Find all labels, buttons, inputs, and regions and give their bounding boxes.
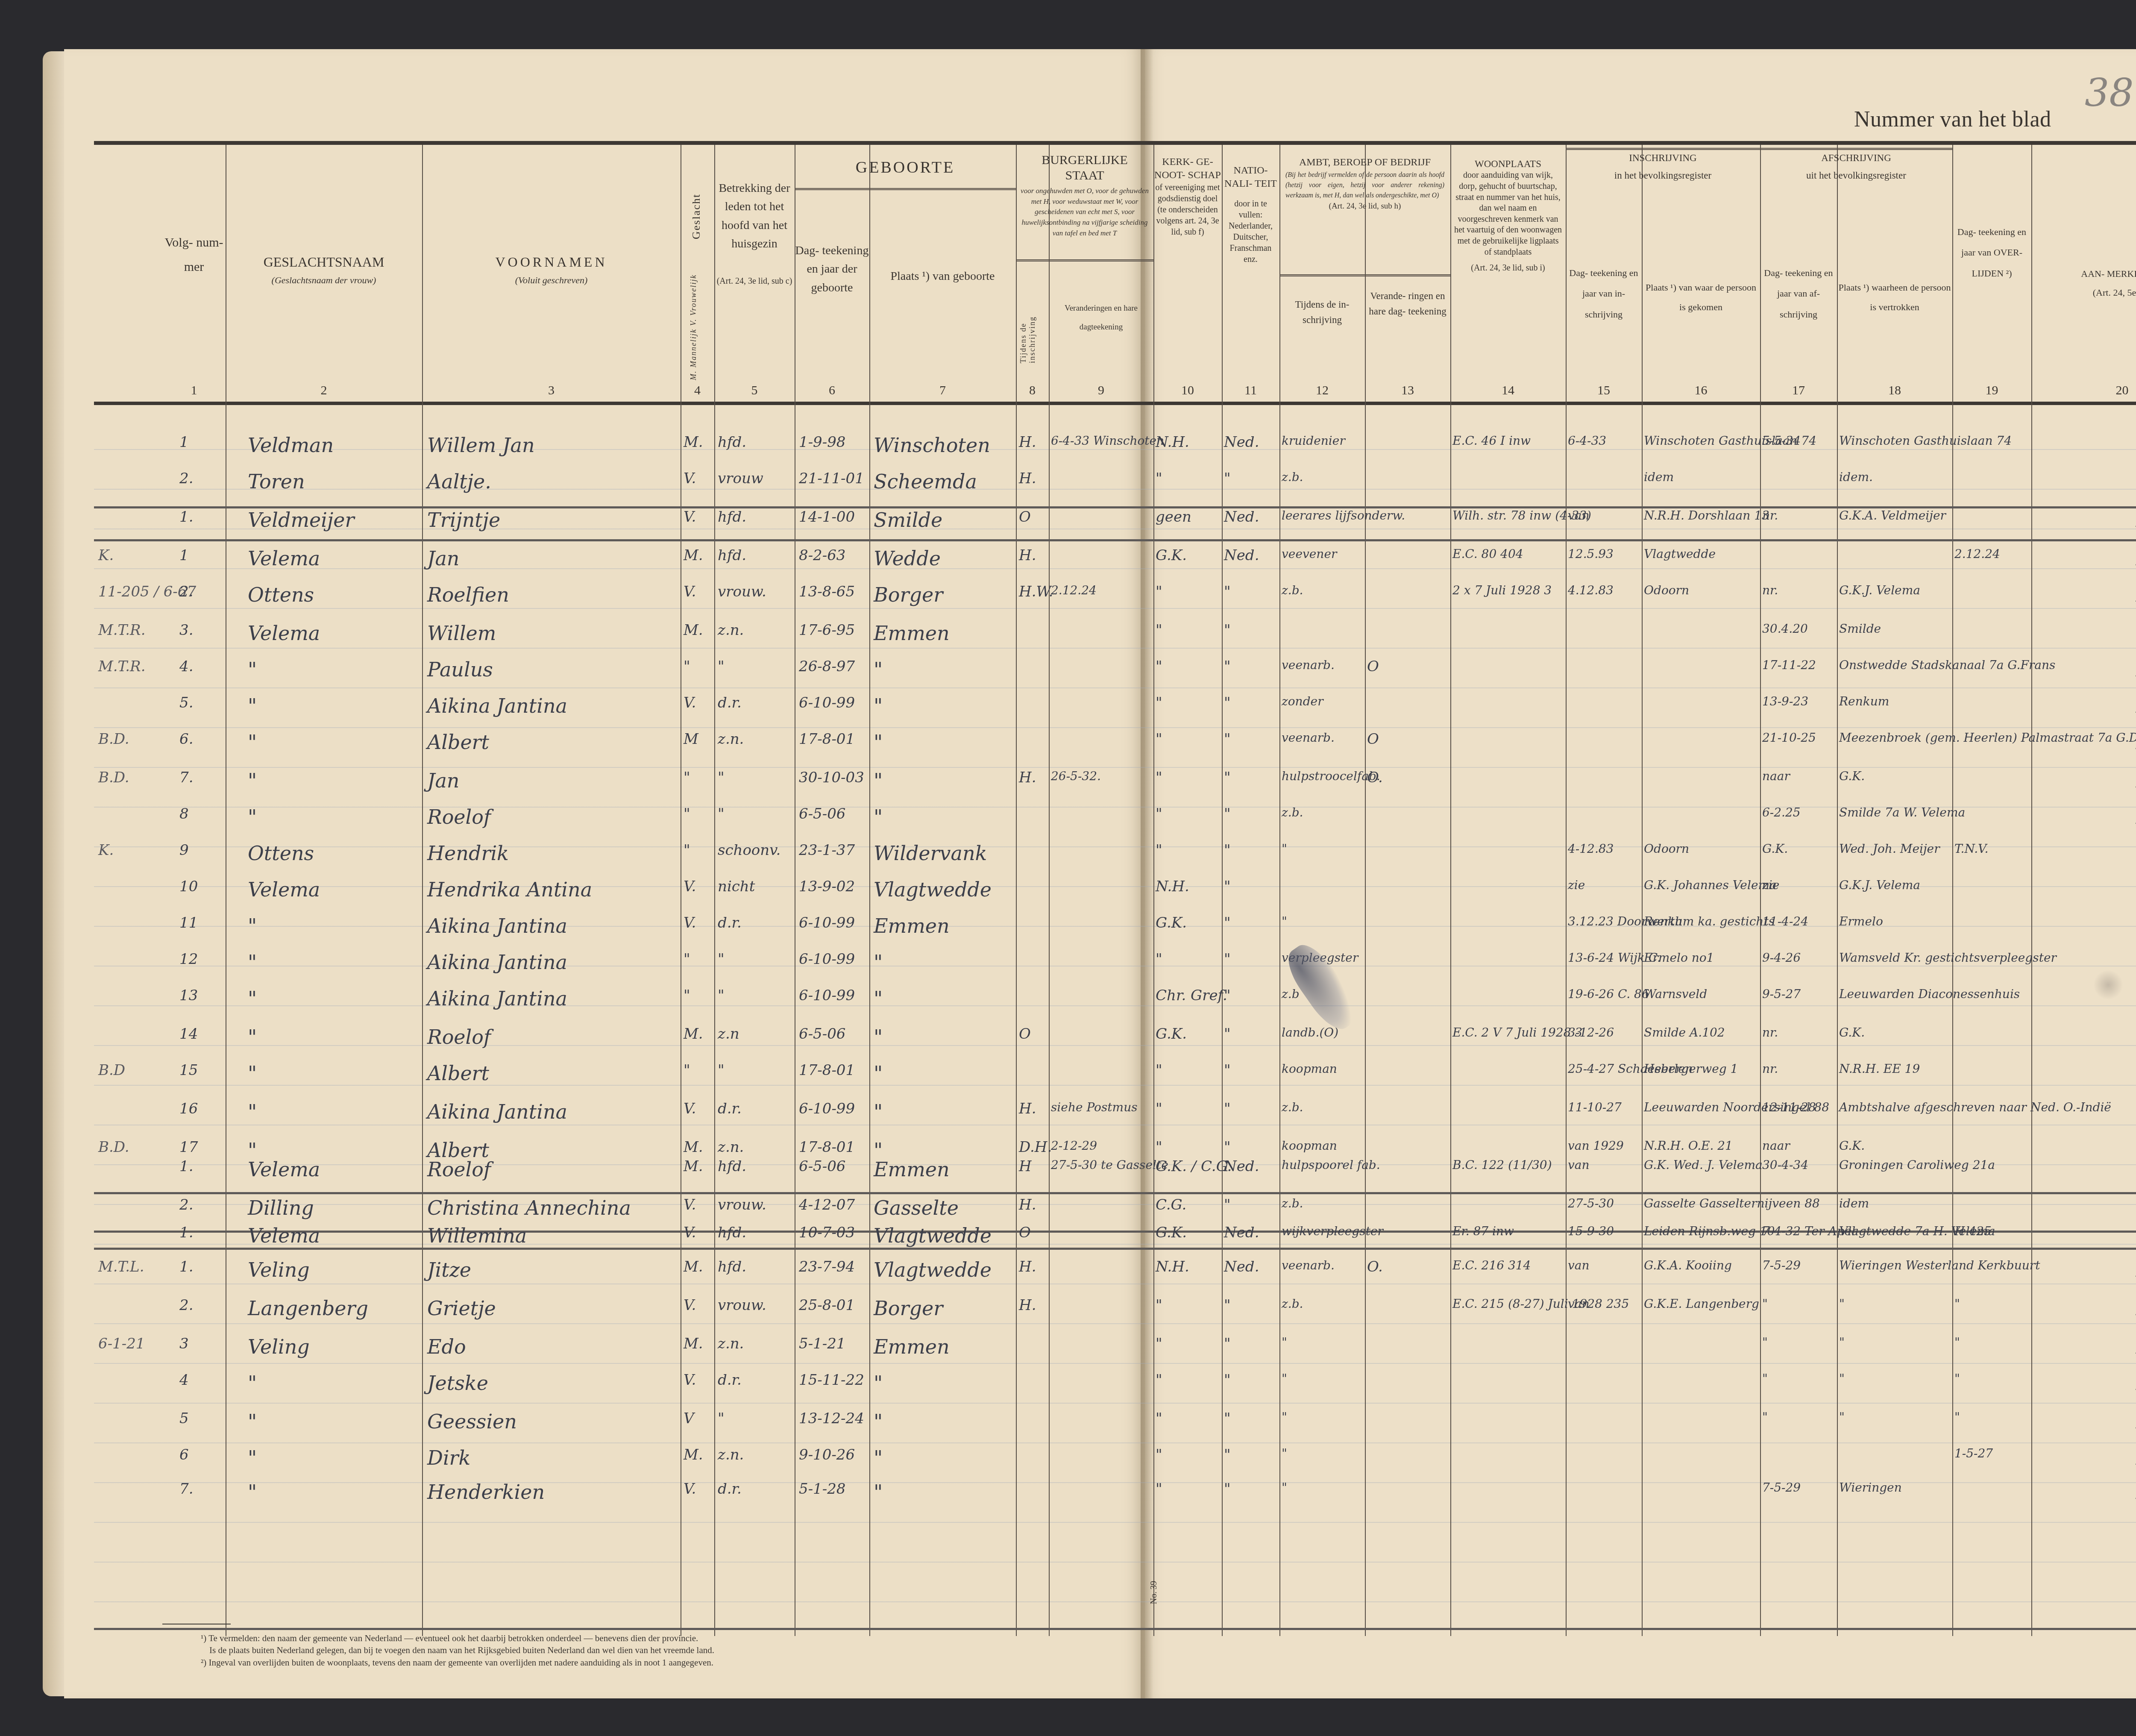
cell-rel: z.n. — [718, 622, 744, 639]
cell-given: Edo — [427, 1335, 466, 1358]
cell-given: Hendrika Antina — [427, 878, 592, 901]
cell-dob: 13-9-02 — [799, 878, 855, 895]
cell-ins-from: Odoorn — [1644, 583, 1689, 597]
cell-given: Jitze — [427, 1258, 471, 1281]
cell-nat: " — [1224, 1196, 1231, 1213]
cell-rel: " — [718, 1062, 725, 1079]
cell-civ: D.H. — [1019, 1139, 1052, 1156]
cell-church: " — [1156, 1297, 1162, 1314]
header-tijdens-inschrijving: Tijdens de inschrijving — [1019, 299, 1037, 363]
sheet-number-label: Nummer van het blad — [1854, 107, 2051, 132]
cell-death: " — [1954, 1335, 1960, 1349]
cell-occ: veenarb. — [1282, 658, 1335, 672]
family-separator — [94, 1192, 2136, 1194]
cell-ins-date: van — [1568, 1158, 1590, 1172]
cell-surname: Velema — [248, 878, 320, 901]
cell-given: Aaltje. — [427, 470, 491, 493]
cell-sex: M. — [684, 1446, 703, 1463]
cell-nat: Ned. — [1224, 1158, 1259, 1175]
cell-surname: " — [248, 914, 257, 937]
cell-pob: Wildervank — [874, 842, 987, 865]
cell-occ: koopman — [1282, 1139, 1337, 1153]
cell-ins-from: G.K. Wed. J. Velema — [1644, 1158, 1763, 1172]
cell-nat: " — [1224, 1446, 1231, 1463]
cell-civ: H. — [1019, 769, 1036, 786]
cell-afs-date: 6-2.25 — [1762, 805, 1801, 820]
cell-surname: " — [248, 769, 257, 792]
cell-surname: Velema — [248, 1158, 320, 1181]
cell-afs-to: Smilde 7a W. Velema — [1839, 805, 1965, 820]
cell-surname: Dilling — [248, 1196, 314, 1219]
cell-occ: hulpstroocelfab. — [1282, 769, 1380, 783]
cell-occ: wijkverpleegster — [1282, 1224, 1383, 1238]
cell-res: E.C. 216 314 — [1452, 1258, 1531, 1272]
cell-margin: M.T.R. — [98, 658, 146, 675]
header-nationaliteit: NATIO- NALI- TEIT door in te vullen: Ned… — [1222, 145, 1279, 402]
cell-nr: 9 — [179, 842, 189, 859]
header-betrekking: Betrekking der leden tot het hoofd van h… — [714, 145, 795, 402]
cell-pob: Wedde — [874, 547, 941, 570]
cell-church: G.K. / C.G. — [1156, 1158, 1232, 1175]
cell-sex: V. — [684, 914, 696, 931]
column-number: 13 — [1365, 383, 1450, 398]
cell-given: Geessien — [427, 1410, 517, 1433]
column-number: 4 — [681, 383, 714, 398]
cell-occ: leerares lijfsonderw. — [1282, 508, 1405, 523]
cell-res: B.C. 122 (11/30) — [1452, 1158, 1552, 1172]
cell-church: Chr. Gref. — [1156, 987, 1227, 1004]
cell-afs-date: naar — [1762, 769, 1790, 783]
cell-pob: Winschoten — [874, 434, 990, 457]
cell-afs-date: " — [1762, 1410, 1768, 1424]
cell-dob: 15-11-22 — [799, 1372, 864, 1389]
cell-rel: vrouw. — [718, 583, 766, 600]
family-separator — [94, 506, 2136, 508]
cell-occ: " — [1282, 1480, 1287, 1495]
cell-civ-change: 6-4-33 Winschoten — [1051, 434, 1164, 448]
cell-afs-date: " — [1762, 1335, 1768, 1349]
cell-nr: 5 — [179, 1410, 189, 1427]
cell-afs-date: G.K. — [1762, 842, 1788, 856]
column-number: 15 — [1566, 383, 1642, 398]
cell-afs-to: idem. — [1839, 470, 1873, 484]
cell-afs-date: 5-5-34 — [1762, 434, 1801, 448]
ruled-lines — [94, 410, 2136, 1636]
cell-sex: " — [684, 805, 690, 822]
cell-margin: B.D. — [98, 1139, 129, 1156]
cell-given: Aikina Jantina — [427, 987, 567, 1010]
cell-rel: schoonv. — [718, 842, 780, 859]
cell-nat: " — [1224, 694, 1231, 711]
cell-pob: Emmen — [874, 1158, 950, 1181]
cell-nat: " — [1224, 658, 1231, 675]
cell-nat: Ned. — [1224, 434, 1259, 451]
cell-sex: V. — [684, 1100, 696, 1117]
cell-church: " — [1156, 694, 1162, 711]
cell-nr: 4. — [179, 658, 193, 675]
cell-nat: " — [1224, 1139, 1231, 1156]
cell-nat: " — [1224, 951, 1231, 968]
cell-ins-from: Smilde A.102 — [1644, 1025, 1725, 1040]
column-number: 2 — [226, 383, 422, 398]
cell-margin: B.D — [98, 1062, 125, 1079]
cell-pob: Vlagtwedde — [874, 1258, 992, 1281]
cell-ins-date: van — [1568, 508, 1590, 523]
column-number: 6 — [795, 383, 869, 398]
cell-pob: " — [874, 694, 883, 717]
cell-pob: " — [874, 1480, 883, 1504]
cell-nat: Ned. — [1224, 1258, 1259, 1275]
cell-given: Jetske — [427, 1372, 488, 1395]
cell-surname: " — [248, 1025, 257, 1049]
cell-dob: 14-1-00 — [799, 508, 855, 526]
cell-civ: H — [1019, 1158, 1032, 1175]
header-bottom-rule — [94, 402, 2136, 405]
cell-given: Aikina Jantina — [427, 1100, 567, 1123]
cell-occ: z.b. — [1282, 1100, 1303, 1114]
cell-church: " — [1156, 1446, 1162, 1463]
cell-afs-date: 17-11-22 — [1762, 658, 1816, 672]
cell-sex: V. — [684, 1372, 696, 1389]
cell-sex: M. — [684, 547, 703, 564]
cell-afs-date: naar — [1762, 1139, 1790, 1153]
cell-nr: 17 — [179, 1139, 198, 1156]
cell-afs-to: idem — [1839, 1196, 1869, 1210]
cell-surname: " — [248, 1410, 257, 1433]
cell-given: Aikina Jantina — [427, 694, 567, 717]
cell-dob: 6-10-99 — [799, 694, 855, 711]
cell-sex: V — [684, 1410, 694, 1427]
cell-ins-date: 15-9-30 — [1568, 1224, 1614, 1238]
cell-civ-change: siehe Postmus — [1051, 1100, 1138, 1114]
cell-dob: 4-12-07 — [799, 1196, 855, 1213]
cell-dob: 26-8-97 — [799, 658, 855, 675]
cell-res: E.C. 2 V 7 Juli 1928 3 — [1452, 1025, 1582, 1040]
cell-afs-to: G.K. — [1839, 769, 1865, 783]
cell-res: E.C. 80 404 — [1452, 547, 1523, 561]
cell-afs-date: zie — [1762, 878, 1779, 892]
cell-civ: O — [1019, 1025, 1031, 1043]
cell-pob: Vlagtwedde — [874, 878, 992, 901]
cell-surname: Ottens — [248, 583, 314, 606]
cell-civ-change: 2-12-29 — [1051, 1139, 1097, 1153]
cell-nr: 10 — [179, 878, 198, 895]
cell-ins-date: 27-5-30 — [1568, 1196, 1614, 1210]
cell-ins-from: G.K.E. Langenberg — [1644, 1297, 1759, 1311]
cell-church: G.K. — [1156, 1025, 1187, 1043]
sheet-number: 38 — [2085, 70, 2134, 115]
cell-surname: " — [248, 731, 257, 754]
paper-spot — [2093, 970, 2123, 1000]
cell-dob: 6-10-99 — [799, 914, 855, 931]
cell-afs-date: 7-5-29 — [1762, 1480, 1801, 1495]
cell-afs-to: Onstwedde Stadskanaal 7a G.Frans — [1839, 658, 2055, 672]
cell-given: Paulus — [427, 658, 493, 681]
cell-pob: " — [874, 987, 883, 1010]
column-number: 12 — [1279, 383, 1365, 398]
register-book-spread: Nummer van het blad 38 Volg- num- mer GE… — [0, 0, 2136, 1736]
cell-sex: M — [684, 731, 698, 748]
header-afschrijving-plaats: Plaats ¹) waarheen de persoon is vertrok… — [1837, 261, 1952, 385]
cell-nat: " — [1224, 1100, 1231, 1117]
cell-civ-change: 2.12.24 — [1051, 583, 1097, 597]
cell-occ: hulpspoorel fab. — [1282, 1158, 1380, 1172]
header-geboorte-datum: Dag- teekening en jaar der geboorte — [795, 194, 869, 387]
cell-pob: Borger — [874, 1297, 943, 1320]
cell-nr: 5. — [179, 694, 193, 711]
cell-dob: 1-9-98 — [799, 434, 846, 451]
cell-afs-to: Wed. Joh. Meijer — [1839, 842, 1940, 856]
cell-dob: 10-7-03 — [799, 1224, 855, 1241]
cell-afs-to: Wieringen Westerland Kerkbuurt — [1839, 1258, 2040, 1272]
cell-given: Willem — [427, 622, 496, 645]
cell-nat: " — [1224, 1062, 1231, 1079]
cell-ins-from: Vlagtwedde — [1644, 547, 1716, 561]
cell-civ: H. — [1019, 1258, 1036, 1275]
cell-given: Albert — [427, 1062, 489, 1085]
footnote-rule — [162, 1624, 231, 1624]
cell-surname: Velema — [248, 1224, 320, 1247]
cell-rel: vrouw. — [718, 1196, 766, 1213]
cell-surname: " — [248, 987, 257, 1010]
cell-occ: " — [1282, 842, 1287, 856]
cell-occ: z.b. — [1282, 583, 1303, 597]
cell-afs-date: 11-4-24 — [1762, 914, 1808, 928]
cell-sex: " — [684, 987, 690, 1004]
cell-given: Roelof — [427, 1158, 491, 1181]
cell-rel: z.n. — [718, 1446, 744, 1463]
cell-surname: " — [248, 1446, 257, 1469]
cell-dob: 9-10-26 — [799, 1446, 855, 1463]
cell-occ: " — [1282, 1335, 1287, 1349]
cell-sex: " — [684, 658, 690, 675]
cell-civ: H. — [1019, 1297, 1036, 1314]
cell-ins-from: N.R.H. O.E. 21 — [1644, 1139, 1733, 1153]
family-separator — [94, 539, 2136, 541]
cell-nat: " — [1224, 805, 1231, 822]
cell-pob: " — [874, 731, 883, 754]
cell-afs-to: Ambtshalve afgeschreven naar Ned. O.-Ind… — [1839, 1100, 2111, 1114]
cell-dob: 13-12-24 — [799, 1410, 864, 1427]
cell-given: Roelof — [427, 805, 491, 828]
cell-nr: 1. — [179, 508, 193, 526]
cell-nat: Ned. — [1224, 547, 1259, 564]
column-number: 3 — [422, 383, 681, 398]
cell-surname: " — [248, 1100, 257, 1123]
cell-rel: z.n — [718, 1025, 739, 1043]
cell-sex: M. — [684, 1139, 703, 1156]
cell-occ: z.b. — [1282, 805, 1303, 820]
header-veranderingen: Veranderingen en hare dagteekening — [1049, 299, 1153, 385]
cell-church: " — [1156, 1480, 1162, 1498]
cell-death: 2.12.24 — [1954, 547, 2000, 561]
cell-pob: " — [874, 1410, 883, 1433]
cell-church: G.K. — [1156, 1224, 1187, 1241]
cell-pob: " — [874, 1100, 883, 1123]
cell-pob: Scheemda — [874, 470, 977, 493]
cell-pob: " — [874, 805, 883, 828]
cell-pob: Borger — [874, 583, 943, 606]
cell-death: T.N.V. — [1954, 842, 1988, 856]
cell-rel: vrouw — [718, 470, 763, 487]
cell-nat: " — [1224, 769, 1231, 786]
cell-given: Christina Annechina — [427, 1196, 631, 1219]
cell-church: " — [1156, 622, 1162, 639]
header-ambt-tijdens: Tijdens de in- schrijving — [1279, 282, 1365, 385]
header-afschrijving-datum: Dag- teekening en jaar van af- schrijvin… — [1760, 261, 1837, 385]
cell-afs-date: " — [1762, 1372, 1768, 1386]
cell-sex: V. — [684, 1196, 696, 1213]
cell-rel: hfd. — [718, 547, 746, 564]
cell-pob: Emmen — [874, 1335, 950, 1358]
cell-church: " — [1156, 658, 1162, 675]
cell-occ: koopman — [1282, 1062, 1337, 1076]
cell-church: " — [1156, 1335, 1162, 1352]
cell-given: Henderkien — [427, 1480, 545, 1504]
cell-nat: " — [1224, 470, 1231, 487]
cell-sex: V. — [684, 1480, 696, 1498]
cell-sex: M. — [684, 1335, 703, 1352]
cell-given: Hendrik — [427, 842, 509, 865]
cell-surname: " — [248, 1062, 257, 1085]
cell-church: " — [1156, 470, 1162, 487]
cell-margin: K. — [98, 842, 114, 859]
cell-given: Grietje — [427, 1297, 496, 1320]
cell-nr: 2. — [179, 1196, 193, 1213]
cell-pob: Smilde — [874, 508, 942, 532]
header-geboorte-plaats: Plaats ¹) van geboorte — [869, 194, 1016, 387]
cell-ins-date: 3-12-26 — [1568, 1025, 1614, 1040]
cell-afs-date: 7-5-29 — [1762, 1258, 1801, 1272]
cell-nr: 3. — [179, 622, 193, 639]
cell-occ: veenarb. — [1282, 731, 1335, 745]
cell-rel: " — [718, 951, 725, 968]
cell-pob: Emmen — [874, 622, 950, 645]
cell-surname: Veling — [248, 1258, 310, 1281]
table-bottom-rule — [94, 1628, 2136, 1630]
cell-afs-date: 9-4-26 — [1762, 951, 1801, 965]
cell-ins-date: 4-12.83 — [1568, 842, 1614, 856]
cell-margin: M.T.R. — [98, 622, 146, 639]
column-number: 9 — [1049, 383, 1153, 398]
cell-nr: 8 — [179, 805, 189, 822]
cell-sex: V. — [684, 1297, 696, 1314]
cell-rel: " — [718, 1410, 725, 1427]
cell-surname: " — [248, 951, 257, 974]
cell-pob: " — [874, 769, 883, 792]
cell-afs-to: Winschoten Gasthuislaan 74 — [1839, 434, 2012, 448]
cell-given: Trijntje — [427, 508, 500, 532]
cell-rel: d.r. — [718, 1372, 742, 1389]
cell-occ-change: O — [1367, 658, 1379, 675]
cell-sex: M. — [684, 1158, 703, 1175]
cell-afs-date: 12-11-28 — [1762, 1100, 1816, 1114]
cell-dob: 21-11-01 — [799, 470, 864, 487]
cell-dob: 5-1-28 — [799, 1480, 846, 1498]
cell-dob: 6-5-06 — [799, 1158, 846, 1175]
cell-occ: z.b. — [1282, 470, 1303, 484]
cell-death: " — [1954, 1297, 1960, 1311]
header-geslacht: Geslacht — [690, 171, 703, 239]
cell-surname: Veldman — [248, 434, 334, 457]
cell-church: " — [1156, 842, 1162, 859]
cell-church: N.H. — [1156, 434, 1189, 451]
cell-afs-date: nr. — [1762, 1062, 1778, 1076]
cell-ins-from: G.K.A. Kooiing — [1644, 1258, 1732, 1272]
cell-civ-change: 26-5-32. — [1051, 769, 1101, 783]
header-geboorte: GEBOORTE — [795, 158, 1016, 177]
cell-rel: z.n. — [718, 1335, 744, 1352]
header-volgnummer: Volg- num- mer — [162, 145, 226, 402]
cell-nat: " — [1224, 1025, 1231, 1043]
cell-church: C.G. — [1156, 1196, 1186, 1213]
cell-afs-to: G.K.J. Velema — [1839, 583, 1920, 597]
cell-sex: V. — [684, 878, 696, 895]
cell-nr: 6 — [179, 1446, 189, 1463]
cell-nat: " — [1224, 1480, 1231, 1498]
cell-occ: veenarb. — [1282, 1258, 1335, 1272]
cell-afs-to: G.K. — [1839, 1139, 1865, 1153]
cell-church: " — [1156, 1139, 1162, 1156]
cell-nr: 7. — [179, 769, 193, 786]
cell-ins-from: Leiden Rijnsb.weg 10 — [1644, 1224, 1775, 1238]
cell-pob: " — [874, 1062, 883, 1085]
cell-death: H 425 — [1954, 1224, 1992, 1238]
cell-ins-date: van 1929 — [1568, 1139, 1624, 1153]
cell-surname: Velema — [248, 547, 320, 570]
cell-church: geen — [1156, 508, 1191, 526]
cell-ins-from: G.K. Johannes Velema — [1644, 878, 1777, 892]
cell-margin: B.D. — [98, 769, 129, 786]
cell-given: Aikina Jantina — [427, 951, 567, 974]
cell-surname: " — [248, 694, 257, 717]
cell-dob: 6-10-99 — [799, 951, 855, 968]
cell-nr: 12 — [179, 951, 198, 968]
column-number: 20 — [2031, 383, 2136, 398]
cell-dob: 17-8-01 — [799, 731, 855, 748]
cell-civ: H. — [1019, 434, 1036, 451]
cell-rel: hfd. — [718, 508, 746, 526]
cell-church: G.K. — [1156, 547, 1187, 564]
cell-afs-to: " — [1839, 1297, 1845, 1311]
cell-sex: V. — [684, 694, 696, 711]
cell-afs-to: Smilde — [1839, 622, 1881, 636]
cell-ins-from: N.R.H. Dorshlaan 13 — [1644, 508, 1769, 523]
header-voornamen: VOORNAMEN (Voluit geschreven) — [422, 145, 681, 402]
cell-nat: " — [1224, 878, 1231, 895]
cell-civ: H.W. — [1019, 583, 1053, 600]
cell-nr: 14 — [179, 1025, 198, 1043]
cell-sex: V. — [684, 508, 696, 526]
cell-ins-date: 11-10-27 — [1568, 1100, 1622, 1114]
cell-dob: 6-10-99 — [799, 987, 855, 1004]
cell-nat: " — [1224, 842, 1231, 859]
cell-rel: d.r. — [718, 1480, 742, 1498]
column-number: 11 — [1222, 383, 1279, 398]
cell-dob: 23-1-37 — [799, 842, 855, 859]
cell-nat: Ned. — [1224, 508, 1259, 526]
cell-nr: 6. — [179, 731, 193, 748]
cell-sex: M. — [684, 434, 703, 451]
cell-sex: " — [684, 951, 690, 968]
cell-rel: " — [718, 658, 725, 675]
cell-afs-to: Ermelo — [1839, 914, 1883, 928]
cell-sex: " — [684, 769, 690, 786]
header-geslacht-sub: M. Mannelijk V. Vrouwelijk — [688, 265, 699, 380]
cell-surname: " — [248, 1372, 257, 1395]
cell-res: Er. 87 inw — [1452, 1224, 1514, 1238]
cell-margin: K. — [98, 547, 114, 564]
